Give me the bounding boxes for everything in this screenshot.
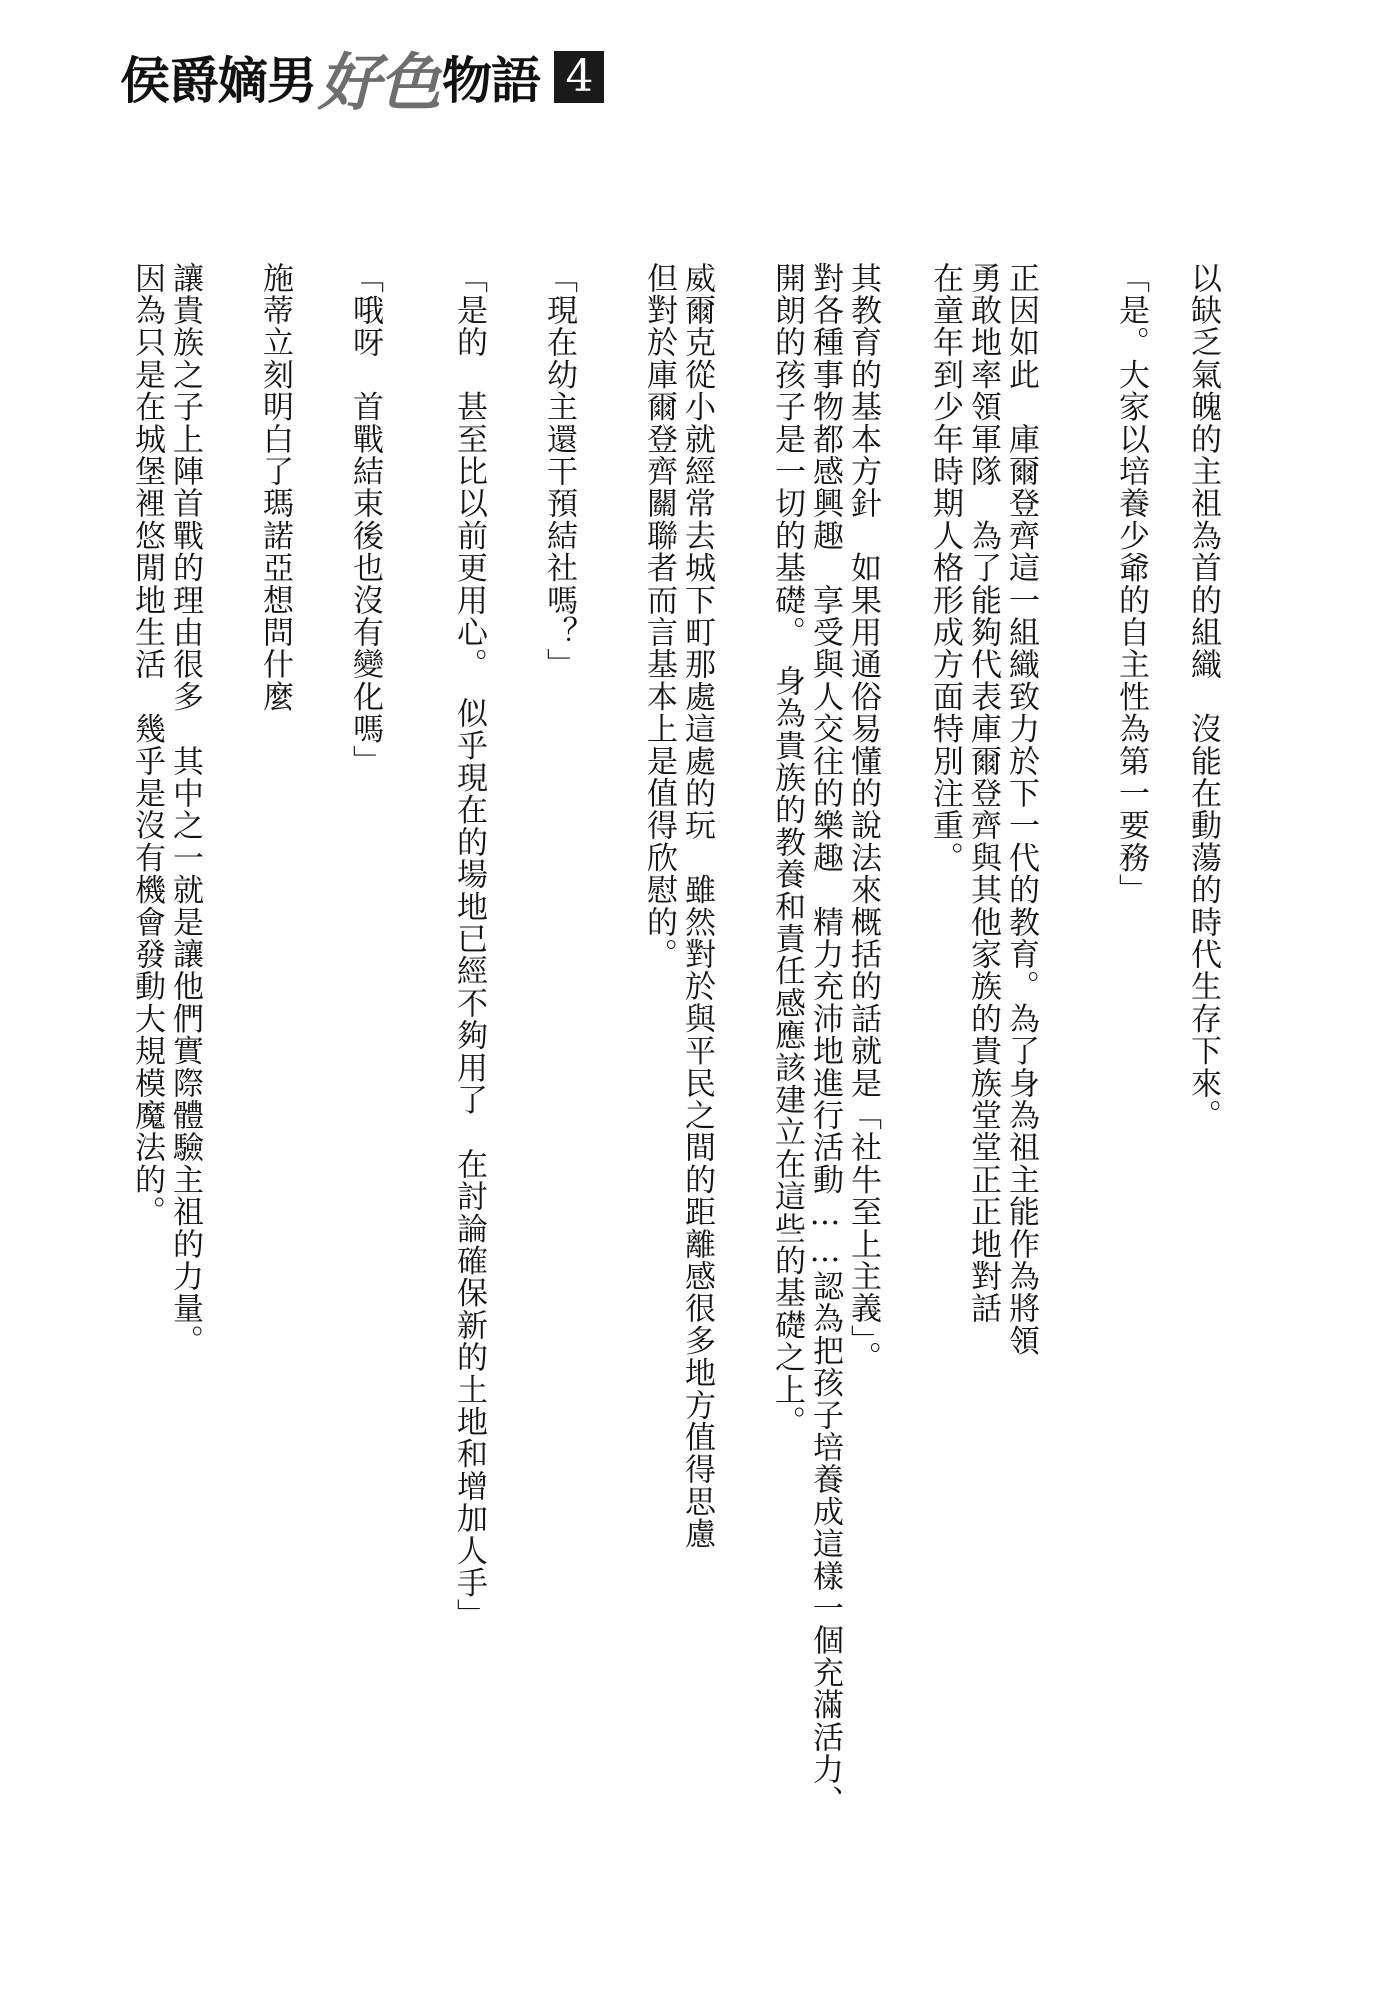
- book-title-part1: 侯爵嫡男: [120, 41, 316, 113]
- book-title-header: 侯爵嫡男 好色 物語 4: [120, 42, 604, 112]
- text-column: 但對於庫爾登齊關聯者而言基本上是值得欣慰的。: [640, 262, 678, 970]
- text-column: 威爾克從小就經常去城下町那處這處的玩 雖然對於與平民之間的距離感很多地方值得思慮: [678, 262, 716, 1550]
- text-column: 勇敢地率領軍隊 為了能夠代表庫爾登齊與其他家族的貴族堂堂正正地對話: [964, 262, 1002, 1325]
- book-title-accent: 好色: [318, 33, 440, 122]
- text-column: 正因如此 庫爾登齊這一組織致力於下一代的教育。為了身為祖主能作為將領: [1002, 262, 1040, 1357]
- text-column: 對各種事物都感興趣 享受與人交往的樂趣 精力充沛地進行活動……認為把孩子培養成這…: [806, 262, 844, 1818]
- text-column: 在童年到少年時期人格形成方面特別注重。: [926, 262, 964, 874]
- dialogue-column: 「是的 甚至比以前更用心。 似乎現在的場地已經不夠用了 在討論確保新的土地和增加…: [450, 262, 488, 1631]
- text-column: 開朗的孩子是一切的基礎。 身為貴族的教養和責任感應該建立在這些的基礎之上。: [768, 262, 806, 1438]
- text-column: 讓貴族之子上陣首戰的理由很多 其中之一就是讓他們實際體驗主祖的力量。: [166, 262, 204, 1357]
- dialogue-column: 「哦呀 首戰結束後也沒有變化嗎」: [346, 262, 384, 777]
- text-column: 因為只是在城堡裡悠閒地生活 幾乎是沒有機會發動大規模魔法的。: [128, 262, 166, 1228]
- volume-badge: 4: [554, 51, 604, 103]
- text-column: 以缺乏氣魄的主祖為首的組織 沒能在動蕩的時代生存下來。: [1184, 262, 1222, 1131]
- text-column: 其教育的基本方針 如果用通俗易懂的說法來概括的話就是「社牛至上主義」。: [844, 262, 882, 1374]
- dialogue-column: 「現在幼主還干預結社嗎？」: [540, 262, 578, 681]
- text-column: 施蒂立刻明白了瑪諾亞想問什麼: [256, 262, 294, 713]
- book-title-part2: 物語: [442, 41, 540, 113]
- dialogue-column: 「是。大家以培養少爺的自主性為第一要務」: [1112, 262, 1150, 906]
